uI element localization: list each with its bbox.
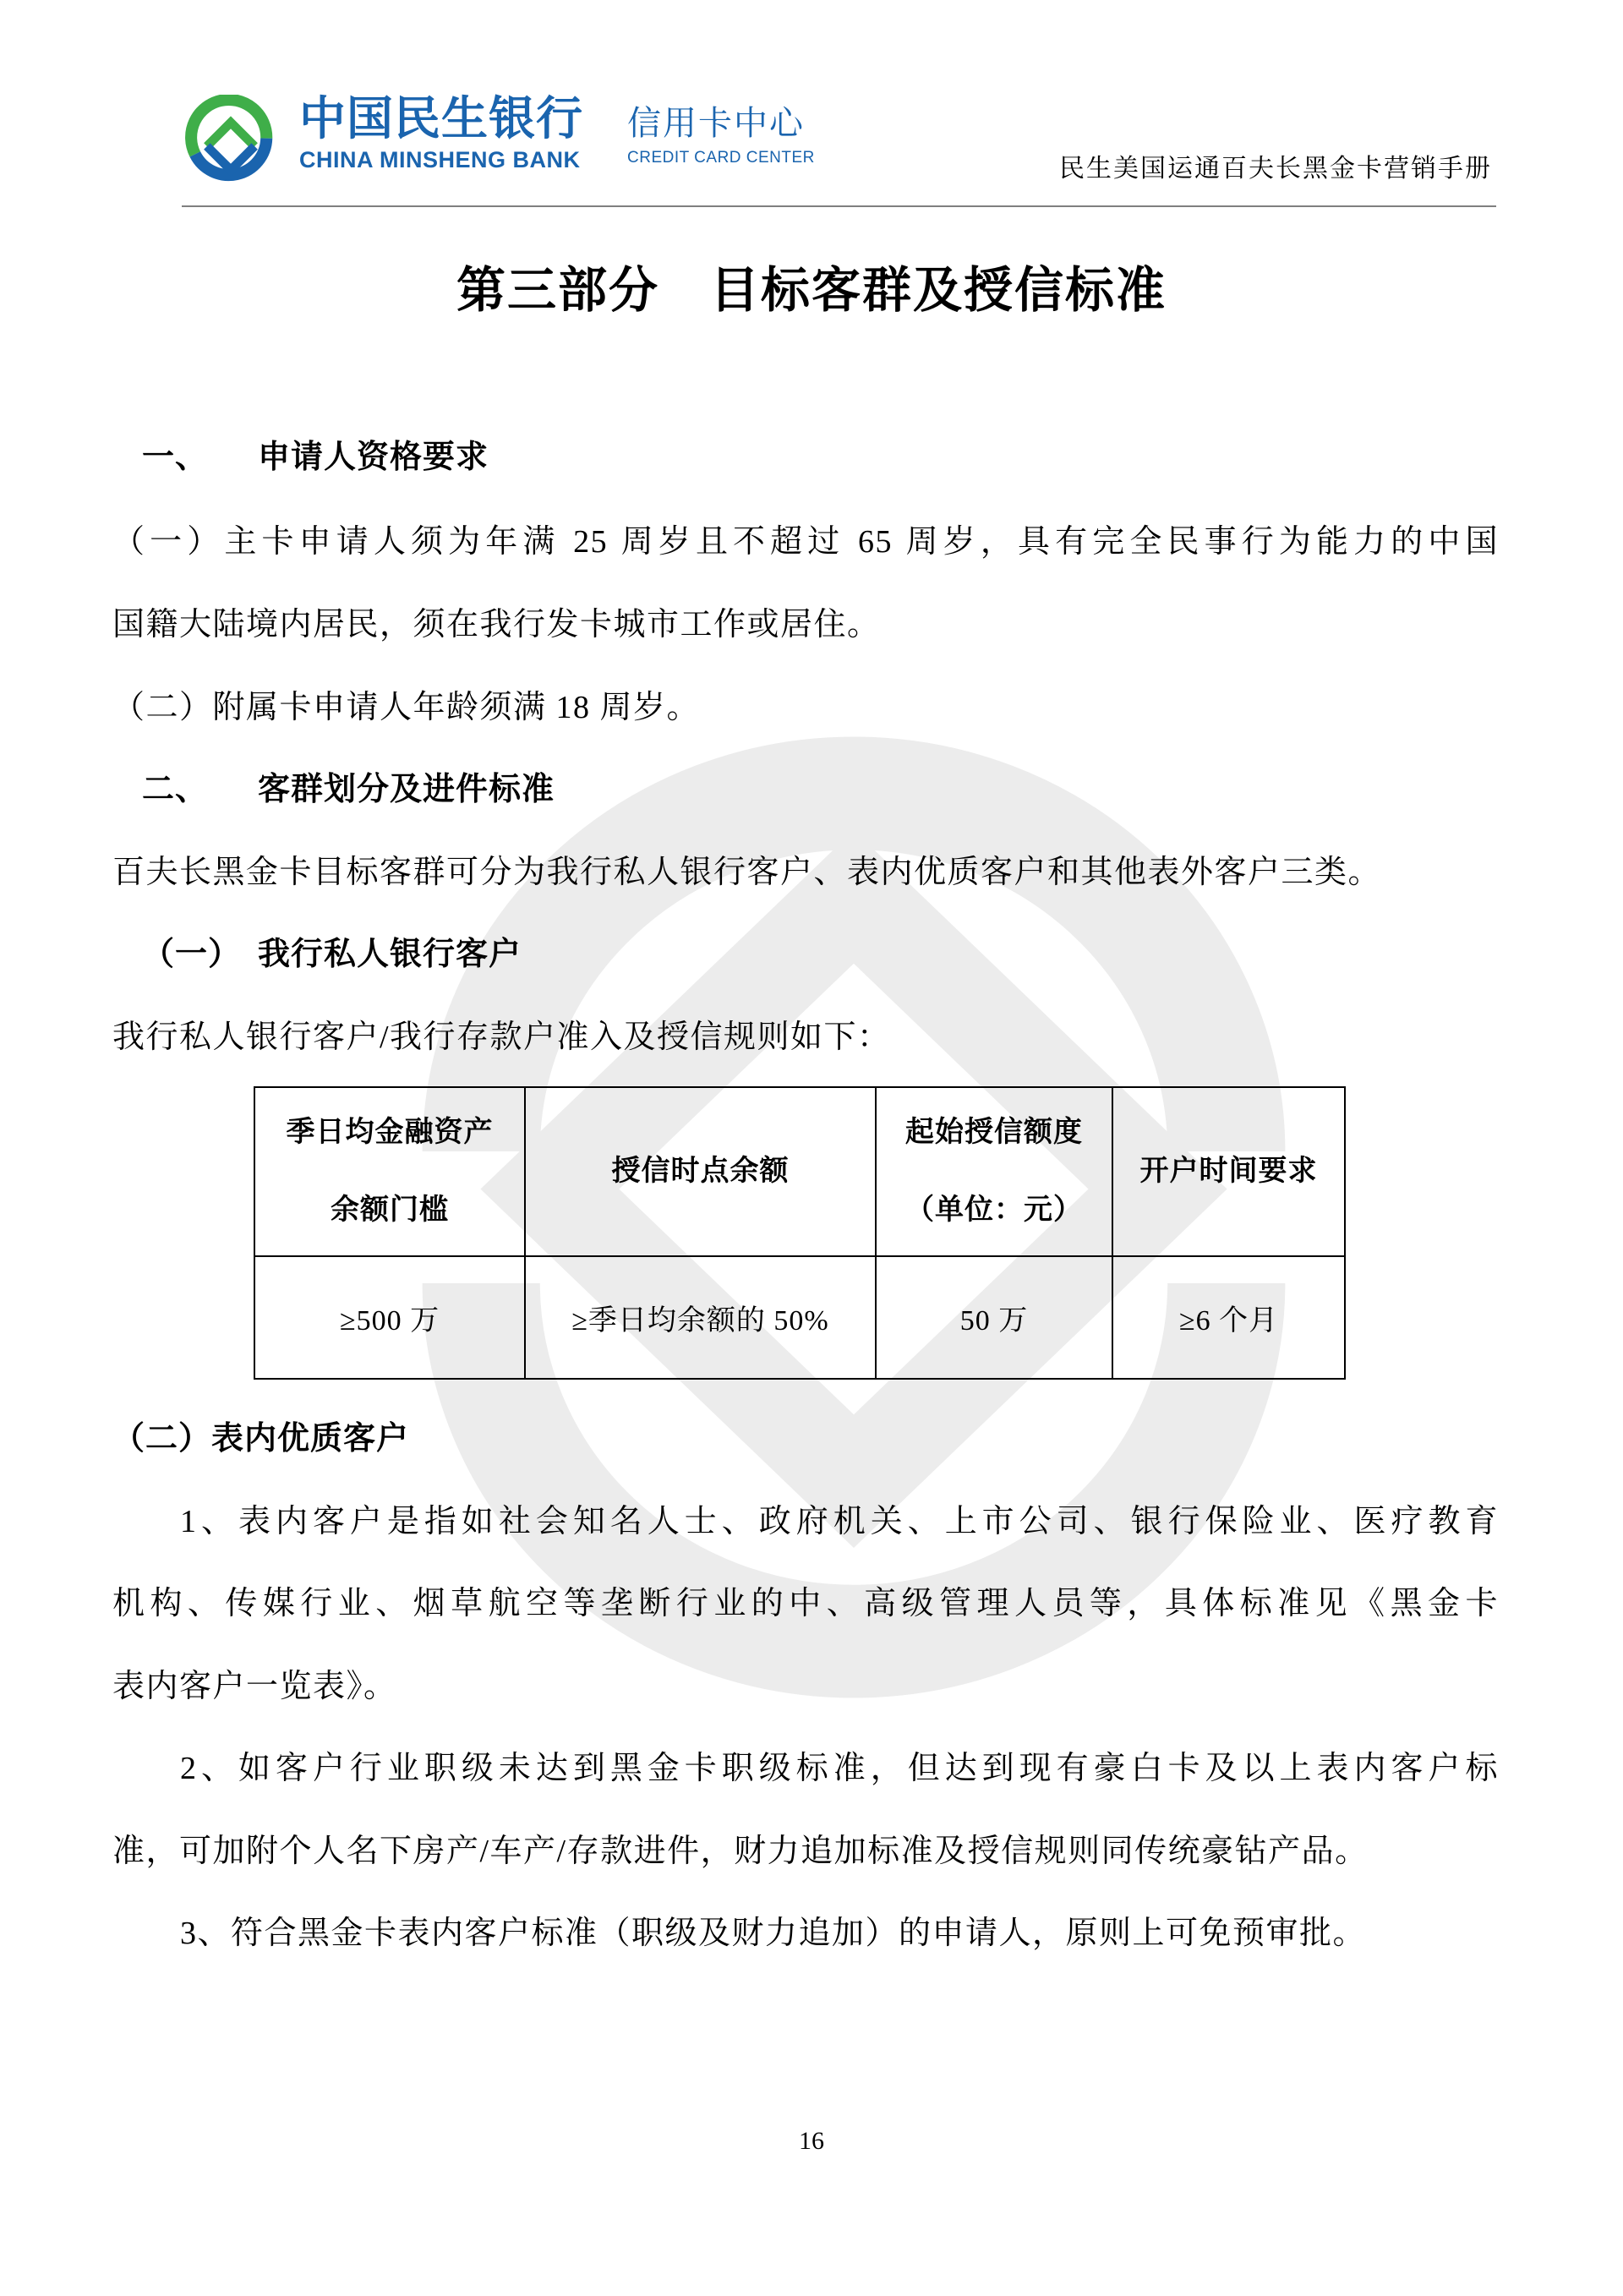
paragraph: （一）主卡申请人须为年满 25 周岁且不超过 65 周岁，具有完全民事行为能力的… bbox=[112, 522, 1499, 563]
cell-asset-threshold: ≥500 万 bbox=[254, 1256, 525, 1379]
manual-title: 民生美国运通百夫长黑金卡营销手册 bbox=[1059, 147, 1492, 184]
paragraph: 准，可加附个人名下房产/车产/存款进件，财力追加标准及授信规则同传统豪钻产品。 bbox=[112, 1832, 1499, 1872]
list-item: 2、如客户行业职级未达到黑金卡职级标准，但达到现有豪白卡及以上表内客户标 bbox=[180, 1749, 1499, 1790]
heading-private-banking-customers: （一） 我行私人银行客户 bbox=[142, 935, 522, 976]
paragraph: 百夫长黑金卡目标客群可分为我行私人银行客户、表内优质客户和其他表外客户三类。 bbox=[112, 853, 1499, 894]
heading-applicant-requirements: 一、 申请人资格要求 bbox=[142, 438, 489, 478]
credit-rules-table: 季日均金融资产 余额门槛 授信时点余额 起始授信额度 （单位：元） 开户时间要求… bbox=[254, 1086, 1346, 1380]
bank-name-cn: 中国民生银行 bbox=[299, 95, 583, 144]
bank-logo-icon bbox=[179, 95, 282, 198]
col-header-asset-threshold: 季日均金融资产 余额门槛 bbox=[254, 1087, 525, 1256]
table-row: ≥500 万 ≥季日均余额的 50% 50 万 ≥6 个月 bbox=[254, 1256, 1345, 1379]
credit-card-center-en: CREDIT CARD CENTER bbox=[627, 149, 815, 167]
bank-name-en: CHINA MINSHENG BANK bbox=[299, 147, 583, 173]
section-title: 第三部分 目标客群及授信标准 bbox=[0, 250, 1623, 321]
page-number: 16 bbox=[0, 2127, 1623, 2156]
cell-balance-at-credit: ≥季日均余额的 50% bbox=[525, 1256, 876, 1379]
header-divider bbox=[182, 205, 1496, 207]
credit-card-center-block: 信用卡中心 CREDIT CARD CENTER bbox=[627, 95, 815, 167]
paragraph: 国籍大陆境内居民，须在我行发卡城市工作或居住。 bbox=[112, 605, 1499, 646]
paragraph: 表内客户一览表》。 bbox=[112, 1667, 1499, 1708]
col-header-balance-at-credit: 授信时点余额 bbox=[525, 1087, 876, 1256]
paragraph: 我行私人银行客户/我行存款户准入及授信规则如下： bbox=[112, 1018, 1499, 1058]
table-header-row: 季日均金融资产 余额门槛 授信时点余额 起始授信额度 （单位：元） 开户时间要求 bbox=[254, 1087, 1345, 1256]
cell-initial-limit: 50 万 bbox=[876, 1256, 1112, 1379]
document-page: 中国民生银行 CHINA MINSHENG BANK 信用卡中心 CREDIT … bbox=[0, 0, 1623, 2296]
list-item: 1、表内客户是指如社会知名人士、政府机关、上市公司、银行保险业、医疗教育 bbox=[180, 1502, 1499, 1543]
heading-on-list-quality-customers: （二）表内优质客户 bbox=[112, 1419, 409, 1460]
col-header-initial-limit: 起始授信额度 （单位：元） bbox=[876, 1087, 1112, 1256]
heading-customer-segmentation: 二、 客群划分及进件标准 bbox=[142, 770, 555, 811]
paragraph: 机构、传媒行业、烟草航空等垄断行业的中、高级管理人员等，具体标准见《黑金卡 bbox=[112, 1584, 1499, 1625]
bank-name-block: 中国民生银行 CHINA MINSHENG BANK bbox=[299, 95, 583, 173]
cell-account-age: ≥6 个月 bbox=[1112, 1256, 1345, 1379]
bank-header: 中国民生银行 CHINA MINSHENG BANK 信用卡中心 CREDIT … bbox=[179, 95, 815, 198]
paragraph: （二）附属卡申请人年龄须满 18 周岁。 bbox=[112, 688, 1499, 729]
col-header-account-age: 开户时间要求 bbox=[1112, 1087, 1345, 1256]
list-item: 3、符合黑金卡表内客户标准（职级及财力追加）的申请人，原则上可免预审批。 bbox=[180, 1914, 1499, 1954]
credit-card-center-cn: 信用卡中心 bbox=[627, 105, 815, 142]
